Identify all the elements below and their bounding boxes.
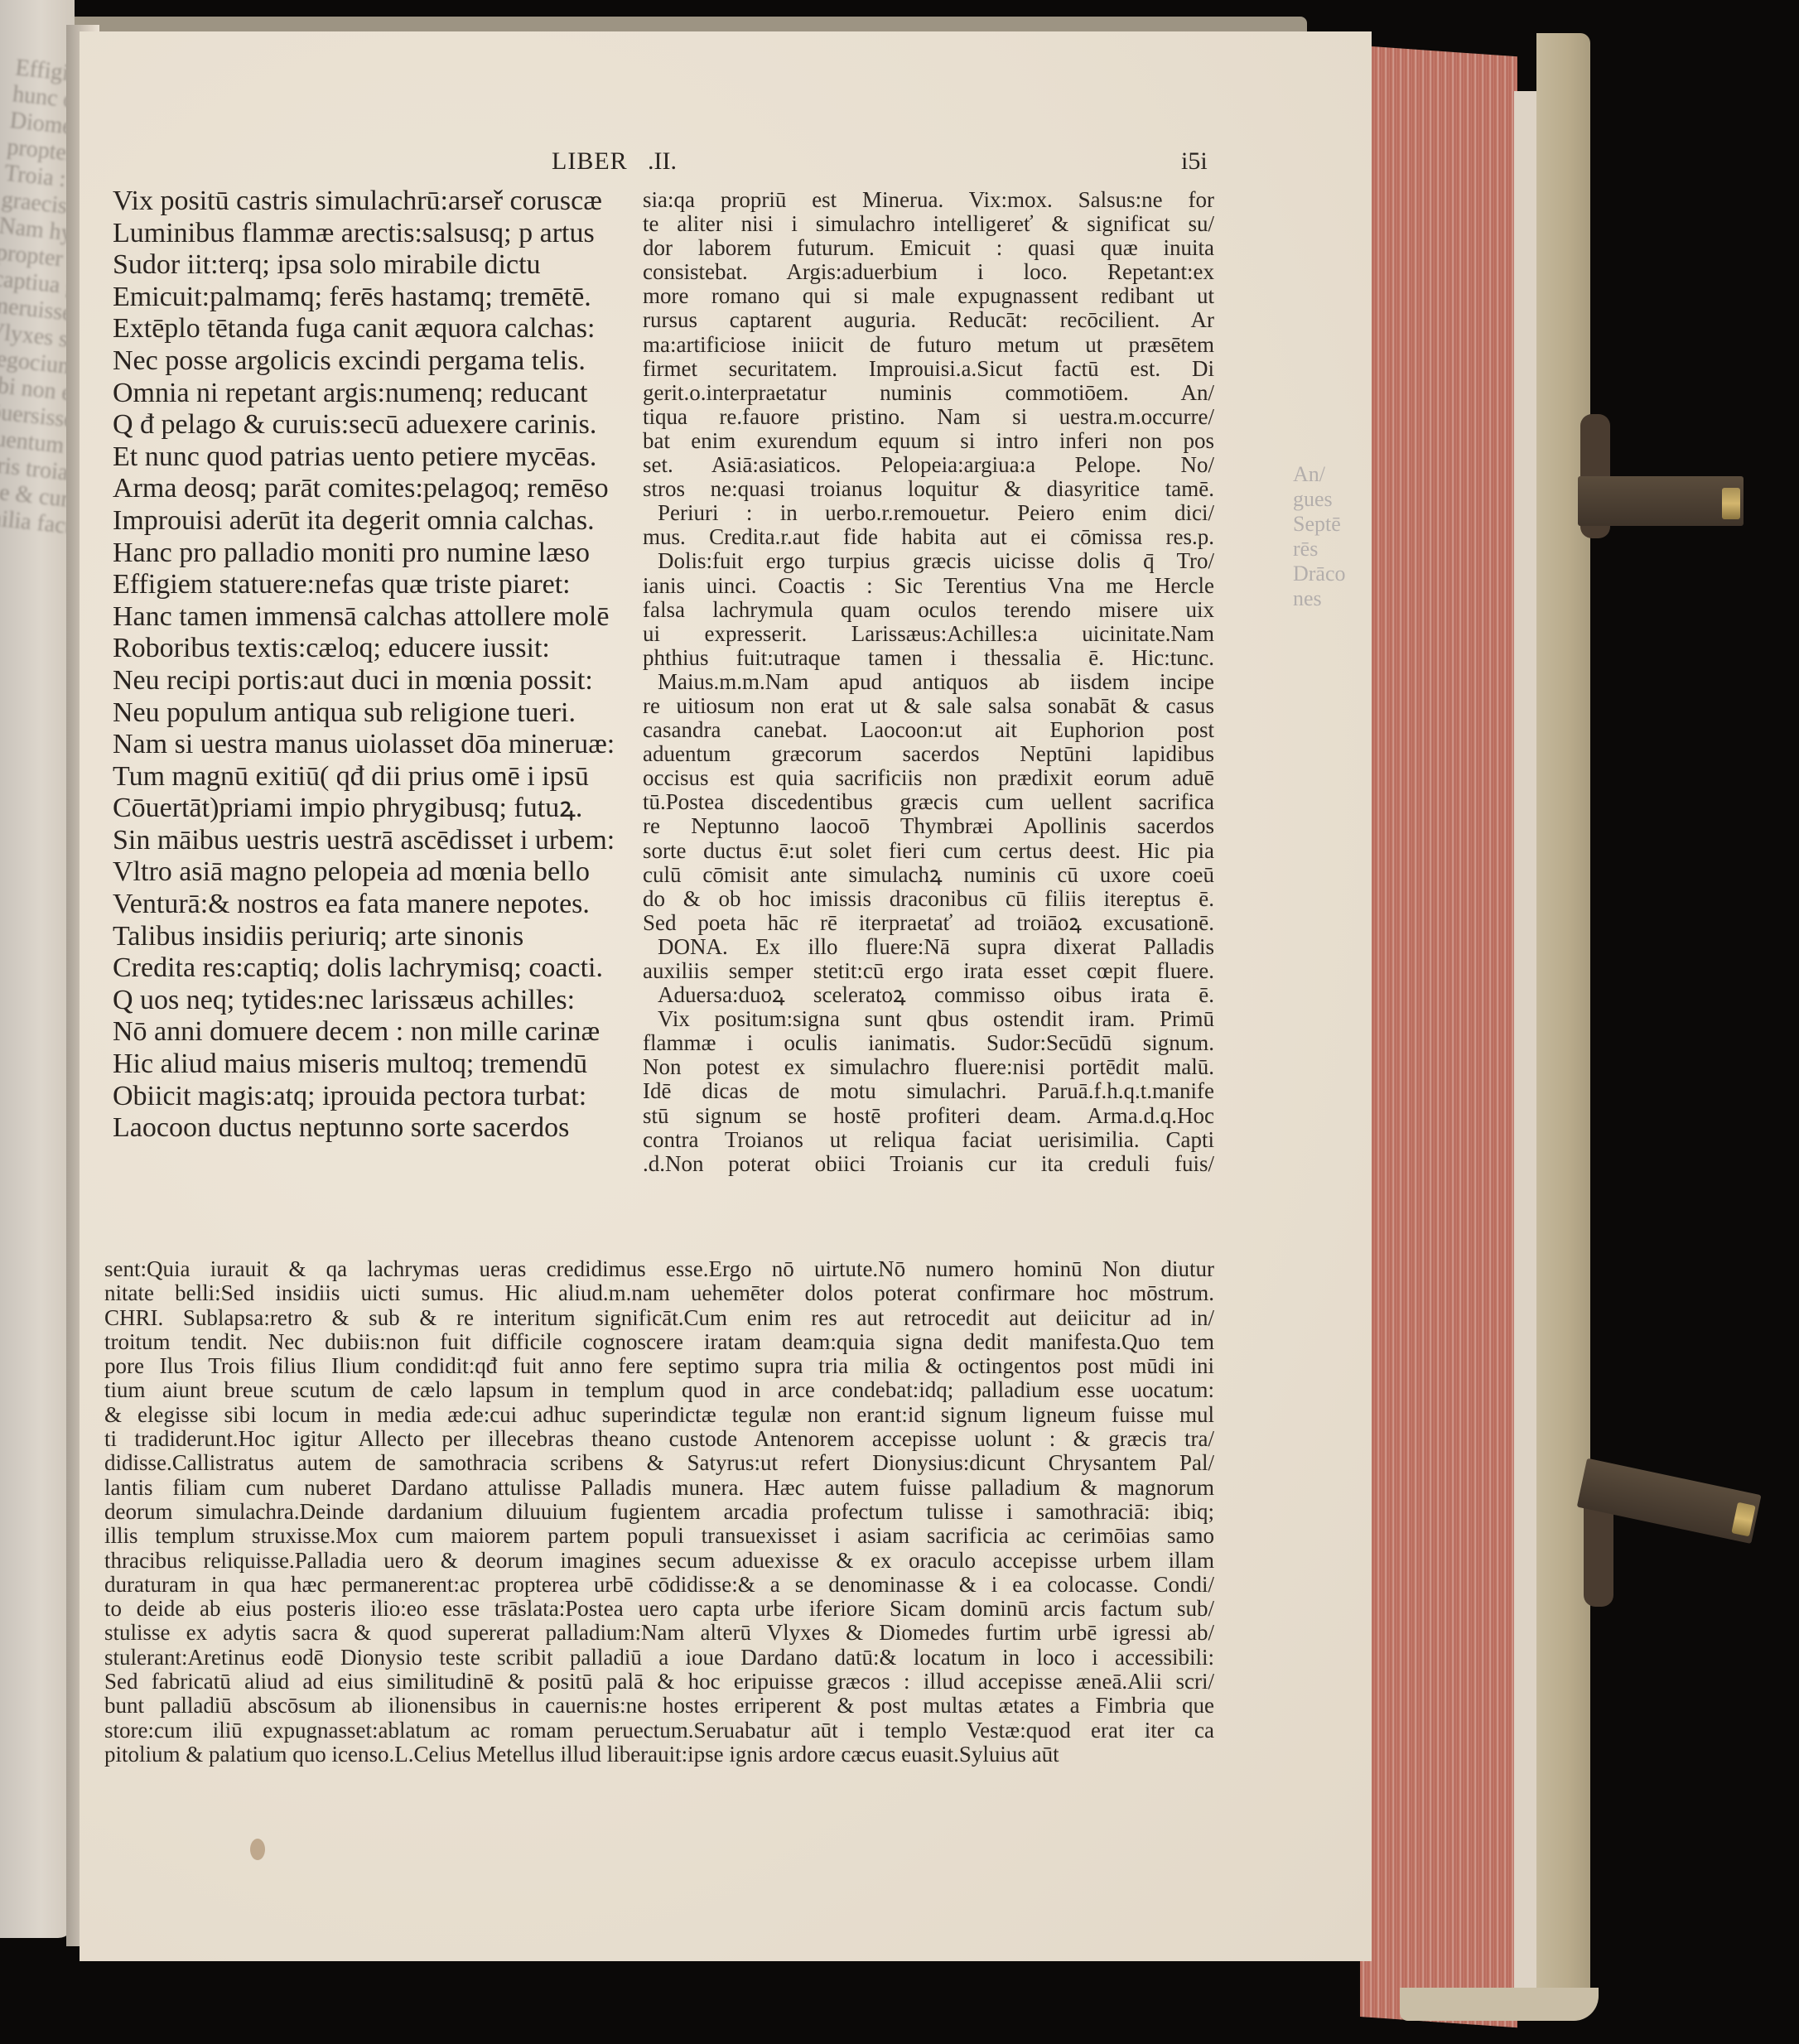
verse-line: Hanc pro palladio moniti pro numine læso	[113, 538, 643, 570]
verse-line: Nō anni domuere decem : non mille carinæ	[113, 1016, 643, 1049]
commentary-line: & elegisse sibi locum in media æde:cui a…	[104, 1403, 1214, 1427]
commentary-line: duraturam in qua hæc permanerent:ac prop…	[104, 1573, 1214, 1597]
commentary-line: bat enim exurendum equum si intro inferi…	[643, 429, 1214, 453]
offset-line: nes	[1293, 586, 1346, 611]
commentary-line: te aliter nisi i simulachro intelligereť…	[643, 212, 1214, 236]
commentary-line: dor laborem futurum. Emicuit : quasi quæ…	[643, 236, 1214, 260]
commentary-line: stū signum se hostē profiteri deam. Arma…	[643, 1104, 1214, 1128]
commentary-line: Aduersa:duoꝝ sceleratoꝝ commisso oibus i…	[643, 983, 1214, 1007]
verse-line: Omnia ni repetant argis:numenq; reducant	[113, 378, 643, 410]
commentary-line: sorte ductus ē:ut solet fieri cum certus…	[643, 839, 1214, 863]
commentary-line: stros ne:quasi troianus loquitur & diasy…	[643, 477, 1214, 501]
commentary-line: Non potest ex simulachro fluere:nisi por…	[643, 1055, 1214, 1079]
commentary-line: .d.Non poterat obiici Troianis cur ita c…	[643, 1152, 1214, 1176]
verse-line: Neu recipi portis:aut duci in mœnia poss…	[113, 665, 643, 697]
commentary-line: bunt palladiū abscōsum ab ilionensibus i…	[104, 1694, 1214, 1718]
clasp-upper	[1578, 476, 1744, 526]
commentary-line: pitolium & palatium quo icenso.L.Celius …	[104, 1743, 1214, 1767]
recto-page: LIBER .II. i5i Vix positū castris simula…	[80, 31, 1372, 1961]
commentary-line: rursus captarent auguria. Reducāt: recōc…	[643, 308, 1214, 332]
show-through-offset-text: An/guesSeptērēsDrācones	[1293, 462, 1346, 611]
commentary-line: didisse.Callistratus autem de samothraci…	[104, 1451, 1214, 1475]
offset-line: Septē	[1293, 512, 1346, 537]
commentary-line: Vix positum:signa sunt qbus ostendit ira…	[643, 1007, 1214, 1031]
commentary-line: ianis uinci. Coactis : Sic Terentius Vna…	[643, 574, 1214, 598]
verse-line: Neu populum antiqua sub religione tueri.	[113, 697, 643, 730]
offset-line: gues	[1293, 487, 1346, 512]
verse-line: Talibus insidiis periuriq; arte sinonis	[113, 921, 643, 953]
commentary-line: phthius fuit:utraque tamen i thessalia ē…	[643, 646, 1214, 670]
commentary-line: troitum tendit. Nec dubiis:non fuit diff…	[104, 1330, 1214, 1354]
commentary-line: pore Ilus Trois filius Ilium condidit:qđ…	[104, 1354, 1214, 1378]
left-page-facing: Effigiem mālosq; grauihunc contingere ui…	[0, 0, 75, 1938]
commentary-line: aduentum græcorum sacerdos Neptūni lapid…	[643, 742, 1214, 766]
commentary-line: thracibus reliquisse.Palladia uero & deo…	[104, 1549, 1214, 1573]
running-head-title: LIBER	[552, 147, 628, 176]
commentary-line: to deide ab eius posteris ilio:eo esse t…	[104, 1597, 1214, 1621]
verse-line: Hanc tamen immensā calchas attollere mol…	[113, 601, 643, 634]
verse-line: Vltro asiā magno pelopeia ad mœnia bello	[113, 856, 643, 889]
verse-line: Cōuertāt)priami impio phrygibusq; futuꝝ.	[113, 793, 643, 825]
commentary-line: set. Asiā:asiaticos. Pelopeia:argiua:a P…	[643, 453, 1214, 477]
paper-stain	[250, 1839, 265, 1860]
verse-line: Laocoon ductus neptunno sorte sacerdos	[113, 1112, 643, 1145]
commentary-line: more romano qui si male expugnassent red…	[643, 284, 1214, 308]
commentary-line: deorum simulachra.Deinde dardanium diluu…	[104, 1500, 1214, 1524]
verse-line: Venturā:& nostros ea fata manere nepotes…	[113, 889, 643, 921]
commentary-line: firmet securitatem. Improuisi.a.Sicut fa…	[643, 357, 1214, 381]
commentary-line: Maius.m.m.Nam apud antiquos ab iisdem in…	[643, 670, 1214, 694]
red-fore-edge	[1360, 46, 1517, 2027]
commentary-line: re uitiosum non erat ut & sale salsa son…	[643, 694, 1214, 718]
commentary-line: Dolis:fuit ergo turpius græcis uicisse d…	[643, 549, 1214, 573]
left-page-ghost-text: Effigiem mālosq; grauihunc contingere ui…	[0, 55, 75, 538]
commentary-line: Sed fabricatū aliud ad eius similitudinē…	[104, 1670, 1214, 1694]
commentary-line: Idē dicas de motu simulachri. Paruā.f.h.…	[643, 1079, 1214, 1103]
commentary-line: gerit.o.interpraetatur numinis commotiōe…	[643, 381, 1214, 405]
verse-line: Nam si uestra manus uiolasset dōa mineru…	[113, 729, 643, 761]
commentary-line: illis templum struxisse.Mox cum maiorem …	[104, 1524, 1214, 1548]
offset-line: rēs	[1293, 537, 1346, 562]
running-head: LIBER .II. i5i	[80, 147, 1372, 181]
commentary-line: culū cōmisit ante simulachꝝ numinis cū u…	[643, 863, 1214, 887]
commentary-line: tiqua re.fauore pristino. Nam si uestra.…	[643, 405, 1214, 429]
folio-number: i5i	[1181, 147, 1208, 176]
offset-line: Drāco	[1293, 562, 1346, 586]
endpaper-edge	[1514, 91, 1539, 1988]
full-width-commentary: sent:Quia iurauit & qa lachrymas ueras c…	[104, 1257, 1214, 1767]
verse-line: Obiicit magis:atq; iprouida pectora turb…	[113, 1081, 643, 1113]
commentary-line: do & ob hoc imissis draconibus cū filiis…	[643, 887, 1214, 911]
commentary-line: occisus est quia sacrificiis non prædixi…	[643, 766, 1214, 790]
verse-line: Vix positū castris simulachrū:arseř coru…	[113, 186, 643, 218]
verse-line: Extēplo tētanda fuga canit æquora calcha…	[113, 313, 643, 345]
commentary-line: lantis filiam cum nuberet Dardano attuli…	[104, 1476, 1214, 1500]
commentary-line: flammæ i oculis ianimatis. Sudor:Secūdū …	[643, 1031, 1214, 1055]
commentary-line: ui expresserit. Larissæus:Achilles:a uic…	[643, 622, 1214, 646]
verse-line: Sin māibus uestris uestrā ascēdisset i u…	[113, 825, 643, 857]
commentary-line: DONA. Ex illo fluere:Nā supra dixerat Pa…	[643, 935, 1214, 959]
commentary-line: consistebat. Argis:aduerbium i loco. Rep…	[643, 260, 1214, 284]
verse-line: Effigiem statuere:nefas quæ triste piare…	[113, 569, 643, 601]
verse-line: Emicuit:palmamq; ferēs hastamq; tremētē.	[113, 282, 643, 314]
commentary-line: sia:qa propriū est Minerua. Vix:mox. Sal…	[643, 188, 1214, 212]
verse-line: Q đ pelago & curuis:secū aduexere carini…	[113, 409, 643, 441]
vellum-binding-bottom	[1400, 1988, 1599, 2021]
commentary-line: ti tradiderunt.Hoc igitur Allecto per il…	[104, 1427, 1214, 1451]
commentary-line: casandra canebat. Laocoon:ut ait Euphori…	[643, 718, 1214, 742]
verse-line: Improuisi aderūt ita degerit omnia calch…	[113, 505, 643, 538]
commentary-line: stulisse ex adytis sacra & quod superera…	[104, 1621, 1214, 1645]
commentary-column: sia:qa propriū est Minerua. Vix:mox. Sal…	[643, 188, 1214, 1176]
commentary-line: tū.Postea discedentibus græcis cum uelle…	[643, 790, 1214, 814]
commentary-line: CHRI. Sublapsa:retro & sub & re interitu…	[104, 1306, 1214, 1330]
verse-line: Et nunc quod patrias uento petiere mycēa…	[113, 441, 643, 474]
verse-line: Credita res:captiq; dolis lachrymisq; co…	[113, 952, 643, 985]
verse-column: Vix positū castris simulachrū:arseř coru…	[113, 186, 643, 1145]
commentary-line: auxiliis semper stetit:cū ergo irata ess…	[643, 959, 1214, 983]
verse-line: Nec posse argolicis excindi pergama teli…	[113, 345, 643, 378]
commentary-line: Periuri : in uerbo.r.remouetur. Peiero e…	[643, 501, 1214, 525]
commentary-line: ma:artificiose iniicit de futuro metum u…	[643, 333, 1214, 357]
clasp-brass-tip-icon	[1722, 488, 1740, 519]
commentary-line: falsa lachrymula quam oculos terendo mis…	[643, 598, 1214, 622]
offset-line: An/	[1293, 462, 1346, 487]
verse-line: Luminibus flammæ arectis:salsusq; p artu…	[113, 218, 643, 250]
commentary-line: contra Troianos ut reliqua faciat uerisi…	[643, 1128, 1214, 1152]
commentary-line: nitate belli:Sed insidiis uicti sumus. H…	[104, 1281, 1214, 1305]
commentary-line: mus. Credita.r.aut fide habita aut ei cō…	[643, 525, 1214, 549]
commentary-line: re Neptunno laocoō Thymbræi Apollinis sa…	[643, 814, 1214, 838]
verse-line: Q uos neq; tytides:nec larissæus achille…	[113, 985, 643, 1017]
verse-line: Sudor iit:terq; ipsa solo mirabile dictu	[113, 249, 643, 282]
verse-line: Tum magnū exitiū( qđ dii prius omē i ips…	[113, 761, 643, 793]
commentary-line: stulerant:Aretinus eodē Dionysio teste s…	[104, 1646, 1214, 1670]
vellum-binding	[1536, 33, 1590, 2008]
running-head-book: .II.	[648, 147, 677, 176]
commentary-line: tium aiunt breue scutum de cælo lapsum i…	[104, 1378, 1214, 1402]
verse-line: Arma deosq; parāt comites:pelagoq; remēs…	[113, 473, 643, 505]
clasp-brass-tip-icon	[1731, 1502, 1755, 1537]
verse-line: Roboribus textis:cæloq; educere iussit:	[113, 633, 643, 665]
commentary-line: sent:Quia iurauit & qa lachrymas ueras c…	[104, 1257, 1214, 1281]
commentary-line: store:cum iliū expugnasset:ablatum ac ro…	[104, 1719, 1214, 1743]
verse-line: Hic aliud maius miseris multoq; tremendū	[113, 1049, 643, 1081]
commentary-line: Sed poeta hāc rē iterpraetať ad troiāoꝝ …	[643, 911, 1214, 935]
